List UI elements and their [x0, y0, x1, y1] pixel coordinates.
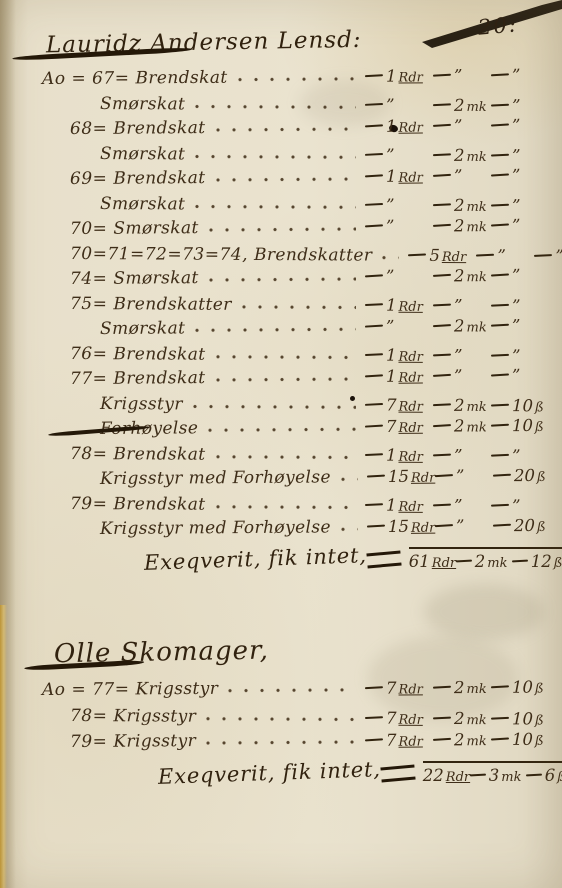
- dash: [491, 204, 509, 207]
- row-year-prefix: 79=: [70, 494, 107, 514]
- manuscript-page: 20: Lauridz Andersen Lensd: Ao = 67=Bren…: [0, 0, 562, 888]
- dash: [491, 737, 509, 740]
- equals-mark: [380, 764, 415, 782]
- dotted-leader: [214, 352, 356, 361]
- amount-skilling: 20ß: [514, 466, 550, 485]
- dash: [435, 474, 453, 477]
- row-tax-label: Brendskat: [113, 344, 205, 364]
- currency-unit: ß: [535, 733, 544, 748]
- dash: [491, 324, 509, 327]
- amount-rigsdaler: 15Rdr: [388, 517, 432, 536]
- dash: [512, 560, 528, 563]
- row-year-prefix: Ao = 77=: [42, 679, 130, 700]
- dotted-leader: [194, 202, 356, 211]
- dash: [365, 425, 383, 428]
- row-tax-label: Smørskat: [113, 268, 198, 289]
- dotted-leader: [194, 152, 356, 161]
- currency-unit: Rdr: [446, 770, 470, 785]
- currency-unit: Rdr: [398, 712, 422, 727]
- dash: [491, 454, 509, 457]
- currency-unit: ß: [535, 420, 544, 435]
- row-year-prefix: 78=: [70, 444, 107, 464]
- dotted-leader: [208, 225, 356, 234]
- currency-unit: ß: [557, 770, 562, 785]
- row-amounts: 1Rdr””: [362, 65, 548, 85]
- row-amounts: 15Rdr”20ß: [364, 516, 550, 536]
- currency-unit: Rdr: [398, 400, 422, 415]
- dash: [491, 717, 509, 720]
- total-amounts: 22Rdr 3mk 6ß: [423, 761, 562, 785]
- row-amounts: ”2mk”: [362, 266, 548, 286]
- dash: [365, 75, 383, 78]
- dash: [433, 324, 451, 327]
- dash: [491, 104, 509, 107]
- row-tax-label: Krigsstyr med Forhøyelse: [100, 467, 331, 489]
- amount-mark: ”: [454, 116, 488, 135]
- ledger-row: 74=Smørskat”2mk”: [70, 263, 548, 291]
- currency-unit: ß: [537, 520, 546, 535]
- amount-skilling: ”: [512, 116, 548, 135]
- row-year-prefix: 70=: [70, 218, 108, 238]
- amount-mark: 2mk: [454, 396, 488, 415]
- row-amounts: 1Rdr””: [362, 166, 548, 186]
- amount-rigsdaler: 1Rdr: [386, 346, 430, 365]
- amount-mark: 2mk: [454, 266, 488, 285]
- dotted-leader: [208, 275, 356, 284]
- dotted-leader: [214, 375, 356, 384]
- dotted-leader: [340, 525, 358, 533]
- dash: [433, 424, 451, 427]
- amount-mark: ”: [456, 466, 490, 485]
- dash: [433, 154, 451, 157]
- total-mark: 3mk: [489, 766, 523, 785]
- dash: [365, 304, 383, 307]
- amount-rigsdaler: 1Rdr: [386, 166, 430, 185]
- dash: [365, 325, 383, 328]
- amount-skilling: 10ß: [512, 729, 548, 748]
- amount-mark: ”: [454, 496, 488, 515]
- currency-unit: Rdr: [398, 450, 422, 465]
- row-tax-label: Smørskat: [100, 194, 185, 214]
- dash: [435, 524, 453, 527]
- dash: [433, 204, 451, 207]
- dash: [433, 304, 451, 307]
- amount-mark: 2mk: [454, 677, 488, 696]
- currency-unit: Rdr: [398, 421, 422, 436]
- dash: [365, 225, 383, 228]
- dotted-leader: [227, 686, 356, 695]
- amount-skilling: ”: [512, 266, 548, 285]
- amount-skilling: ”: [512, 216, 548, 235]
- row-year-prefix: 77=: [70, 368, 108, 388]
- currency-unit: ß: [535, 681, 544, 696]
- row-year-prefix: 75=: [70, 294, 107, 314]
- dotted-leader: [241, 302, 356, 311]
- amount-rigsdaler: ”: [386, 95, 430, 114]
- currency-unit: Rdr: [398, 171, 422, 186]
- currency-unit: mk: [466, 220, 486, 235]
- dotted-leader: [214, 452, 356, 461]
- dash: [491, 224, 509, 227]
- dash: [365, 354, 383, 357]
- dash: [493, 474, 511, 477]
- total-mark: 2mk: [475, 552, 509, 571]
- dash: [470, 774, 486, 777]
- amount-rigsdaler: 1Rdr: [386, 116, 430, 135]
- row-amounts: 15Rdr”20ß: [364, 466, 550, 486]
- amount-mark: ”: [454, 296, 488, 315]
- section-heading: Olle Skomager,: [54, 631, 548, 670]
- dash: [365, 153, 383, 156]
- amount-mark: ”: [454, 66, 488, 85]
- dash: [365, 125, 383, 128]
- ledger-row: Krigsstyr med Forhøyelse15Rdr”20ß: [100, 513, 548, 541]
- amount-mark: 2mk: [454, 709, 488, 728]
- dash: [365, 738, 383, 741]
- dotted-leader: [237, 74, 356, 83]
- amount-skilling: 20ß: [514, 516, 550, 535]
- row-tax-label: Brendskatter: [113, 294, 231, 315]
- ledger-row: 69=Brendskat1Rdr””: [70, 163, 548, 191]
- dash: [491, 685, 509, 688]
- row-year-prefix: Ao = 67=: [42, 68, 130, 89]
- currency-unit: Rdr: [398, 734, 422, 749]
- dash: [365, 403, 383, 406]
- dotted-leader: [205, 715, 356, 724]
- dash: [491, 154, 509, 157]
- row-amounts: ”2mk”: [362, 216, 548, 236]
- amount-skilling: 10ß: [512, 416, 548, 435]
- dash: [433, 74, 451, 77]
- row-tax-label: Smørskat: [100, 318, 185, 339]
- currency-unit: mk: [466, 734, 486, 749]
- dash: [433, 104, 451, 107]
- amount-rigsdaler: 7Rdr: [386, 395, 430, 414]
- dash: [491, 504, 509, 507]
- amount-rigsdaler: ”: [386, 216, 430, 235]
- row-tax-label: Brendskat: [135, 67, 227, 88]
- amount-skilling: ”: [512, 166, 548, 185]
- dotted-leader: [205, 738, 356, 747]
- row-tax-label: Brendskat: [113, 444, 205, 464]
- currency-unit: ß: [537, 470, 546, 485]
- dotted-leader: [207, 425, 356, 434]
- dash: [433, 504, 451, 507]
- currency-unit: Rdr: [398, 500, 422, 515]
- amount-rigsdaler: 1Rdr: [386, 66, 430, 85]
- amount-rigsdaler: 7Rdr: [386, 678, 430, 697]
- row-year-prefix: 74=: [70, 268, 108, 288]
- dash: [433, 404, 451, 407]
- amount-rigsdaler: ”: [386, 195, 430, 214]
- ledger-row: Ao = 77=Krigsstyr7Rdr2mk10ß: [42, 673, 548, 703]
- amount-skilling: ”: [555, 247, 562, 266]
- dash: [365, 103, 383, 106]
- dash: [367, 525, 385, 528]
- row-tax-label: Forhøyelse: [100, 418, 198, 439]
- row-amounts: 1Rdr””: [362, 366, 548, 386]
- currency-unit: mk: [466, 420, 486, 435]
- dash: [365, 175, 383, 178]
- row-tax-label: Brendskat: [113, 168, 205, 189]
- amount-rigsdaler: ”: [386, 317, 430, 336]
- row-tax-label: Brendskat: [113, 368, 205, 389]
- row-tax-label: Brendskat: [113, 118, 205, 139]
- dash: [491, 374, 509, 377]
- currency-unit: Rdr: [411, 521, 435, 536]
- row-amounts: 7Rdr2mk10ß: [362, 677, 548, 697]
- row-tax-label: Krigsstyr: [113, 731, 196, 752]
- total-rigsdaler: 61Rdr: [409, 552, 453, 571]
- dotted-leader: [340, 475, 358, 483]
- ledger-row: Krigsstyr med Forhøyelse15Rdr”20ß: [100, 463, 548, 491]
- total-amounts: 61Rdr 2mk 12ß: [409, 547, 562, 571]
- dotted-leader: [194, 325, 356, 334]
- amount-mark: 2mk: [454, 316, 488, 335]
- amount-rigsdaler: 7Rdr: [386, 730, 430, 749]
- dotted-leader: [381, 253, 399, 261]
- amount-rigsdaler: 5Rdr: [429, 246, 473, 265]
- amount-mark: 2mk: [454, 730, 488, 749]
- dash: [491, 124, 509, 127]
- dash: [433, 274, 451, 277]
- dash: [433, 224, 451, 227]
- currency-unit: Rdr: [411, 471, 435, 486]
- dotted-leader: [194, 102, 356, 111]
- currency-unit: Rdr: [398, 300, 422, 315]
- currency-unit: mk: [466, 681, 486, 696]
- ledger-row: Ao = 67=Brendskat1Rdr””: [42, 62, 548, 91]
- row-tax-label: Brendskat: [113, 494, 205, 514]
- amount-rigsdaler: 7Rdr: [386, 708, 430, 727]
- dash: [456, 560, 472, 563]
- dash: [491, 404, 509, 407]
- currency-unit: mk: [466, 320, 486, 335]
- row-tax-label: Krigsstyr: [113, 706, 196, 726]
- amount-mark: ”: [454, 446, 488, 465]
- dash: [433, 716, 451, 719]
- dash: [534, 254, 552, 257]
- row-amounts: 7Rdr2mk10ß: [362, 416, 548, 436]
- dash: [433, 354, 451, 357]
- currency-unit: Rdr: [398, 121, 422, 136]
- row-year-prefix: 79=: [70, 732, 108, 752]
- dash: [365, 454, 383, 457]
- total-row: Exeqverit, fik intet, 61Rdr 2mk 12ß: [40, 547, 548, 571]
- ledger-row: 68=Brendskat1Rdr””: [70, 113, 548, 141]
- amount-rigsdaler: 1Rdr: [386, 366, 430, 385]
- row-tax-label: Smørskat: [100, 94, 185, 114]
- dash: [491, 304, 509, 307]
- row-year-prefix: 68=: [70, 118, 108, 138]
- amount-mark: 2mk: [454, 416, 488, 435]
- dash: [491, 74, 509, 77]
- dash: [491, 274, 509, 277]
- dash: [367, 475, 385, 478]
- row-year-prefix: 78=: [70, 706, 107, 726]
- dash: [526, 774, 542, 777]
- dash: [433, 374, 451, 377]
- total-row: Exeqverit, fik intet, 22Rdr 3mk 6ß: [40, 761, 548, 785]
- currency-unit: mk: [501, 770, 521, 785]
- amount-rigsdaler: 15Rdr: [388, 467, 432, 486]
- dash: [493, 524, 511, 527]
- dash: [433, 124, 451, 127]
- dash: [491, 424, 509, 427]
- row-tax-label: Krigsstyr med Forhøyelse: [100, 517, 331, 539]
- currency-unit: mk: [487, 556, 507, 571]
- dash: [365, 504, 383, 507]
- currency-unit: Rdr: [398, 682, 422, 697]
- amount-rigsdaler: 1Rdr: [386, 446, 430, 465]
- ledger-rows: Ao = 67=Brendskat1Rdr””Smørskat”2mk”68=B…: [40, 66, 548, 541]
- currency-unit: Rdr: [432, 556, 456, 571]
- binding-edge: [0, 605, 7, 888]
- dash: [433, 174, 451, 177]
- row-year-prefix: 70=71=72=73=74,: [70, 244, 248, 265]
- dash: [433, 738, 451, 741]
- row-amounts: 7Rdr2mk10ß: [362, 729, 548, 749]
- ledger-section-lauridz: Lauridz Andersen Lensd: Ao = 67=Brendska…: [40, 28, 548, 571]
- dotted-leader: [214, 502, 356, 511]
- row-tax-label: Krigsstyr: [135, 679, 218, 700]
- amount-rigsdaler: 1Rdr: [386, 496, 430, 515]
- total-rigsdaler: 22Rdr: [423, 766, 467, 785]
- dash: [491, 354, 509, 357]
- ledger-row: 70=Smørskat”2mk”: [70, 213, 548, 241]
- amount-skilling: 10ß: [512, 677, 548, 696]
- ledger-row: Smørskat”2mk”: [100, 313, 548, 341]
- ledger-section-skomager: Olle Skomager, Ao = 77=Krigsstyr7Rdr2mk1…: [40, 635, 548, 785]
- dash: [365, 203, 383, 206]
- row-tax-label: Smørskat: [100, 144, 185, 164]
- amount-rigsdaler: 1Rdr: [386, 296, 430, 315]
- dash: [365, 375, 383, 378]
- amount-skilling: ”: [512, 316, 548, 335]
- ledger-content: Lauridz Andersen Lensd: Ao = 67=Brendska…: [40, 28, 548, 785]
- amount-mark: 2mk: [454, 216, 488, 235]
- section-heading: Lauridz Andersen Lensd:: [46, 24, 548, 59]
- amount-mark: ”: [454, 366, 488, 385]
- row-tax-label: Krigsstyr: [100, 394, 183, 414]
- ledger-row: 77=Brendskat1Rdr””: [70, 363, 548, 391]
- dash: [365, 686, 383, 689]
- currency-unit: ß: [554, 556, 562, 571]
- total-label: Exeqverit, fik intet,: [158, 757, 381, 789]
- row-year-prefix: 69=: [70, 168, 108, 188]
- row-year-prefix: 76=: [70, 344, 107, 364]
- amount-rigsdaler: ”: [386, 145, 430, 164]
- dash: [476, 254, 494, 257]
- currency-unit: mk: [466, 270, 486, 285]
- total-skilling: 12ß: [531, 552, 562, 571]
- ledger-row: Forhøyelse7Rdr2mk10ß: [100, 413, 548, 441]
- dash: [433, 686, 451, 689]
- dash: [433, 454, 451, 457]
- row-amounts: 1Rdr””: [362, 116, 548, 136]
- dotted-leader: [192, 402, 356, 411]
- dash: [365, 275, 383, 278]
- dash: [365, 716, 383, 719]
- total-label: Exeqverit, fik intet,: [144, 543, 367, 575]
- currency-unit: Rdr: [398, 371, 422, 386]
- amount-rigsdaler: 7Rdr: [386, 417, 430, 436]
- dotted-leader: [214, 125, 356, 134]
- dotted-leader: [214, 175, 356, 184]
- dash: [491, 174, 509, 177]
- row-tax-label: Smørskat: [113, 218, 198, 239]
- amount-mark: ”: [456, 516, 490, 535]
- ledger-row: 79=Krigsstyr7Rdr2mk10ß: [70, 726, 548, 755]
- row-amounts: ”2mk”: [362, 316, 548, 336]
- amount-mark: ”: [454, 166, 488, 185]
- total-skilling: 6ß: [545, 766, 562, 785]
- equals-mark: [366, 550, 401, 568]
- row-tax-label: Brendskatter: [254, 244, 372, 265]
- ledger-rows: Ao = 77=Krigsstyr7Rdr2mk10ß78=Krigsstyr7…: [40, 677, 548, 755]
- amount-rigsdaler: ”: [386, 266, 430, 285]
- amount-skilling: ”: [512, 366, 548, 385]
- amount-skilling: ”: [512, 65, 548, 84]
- dash: [408, 254, 426, 257]
- currency-unit: Rdr: [398, 70, 422, 85]
